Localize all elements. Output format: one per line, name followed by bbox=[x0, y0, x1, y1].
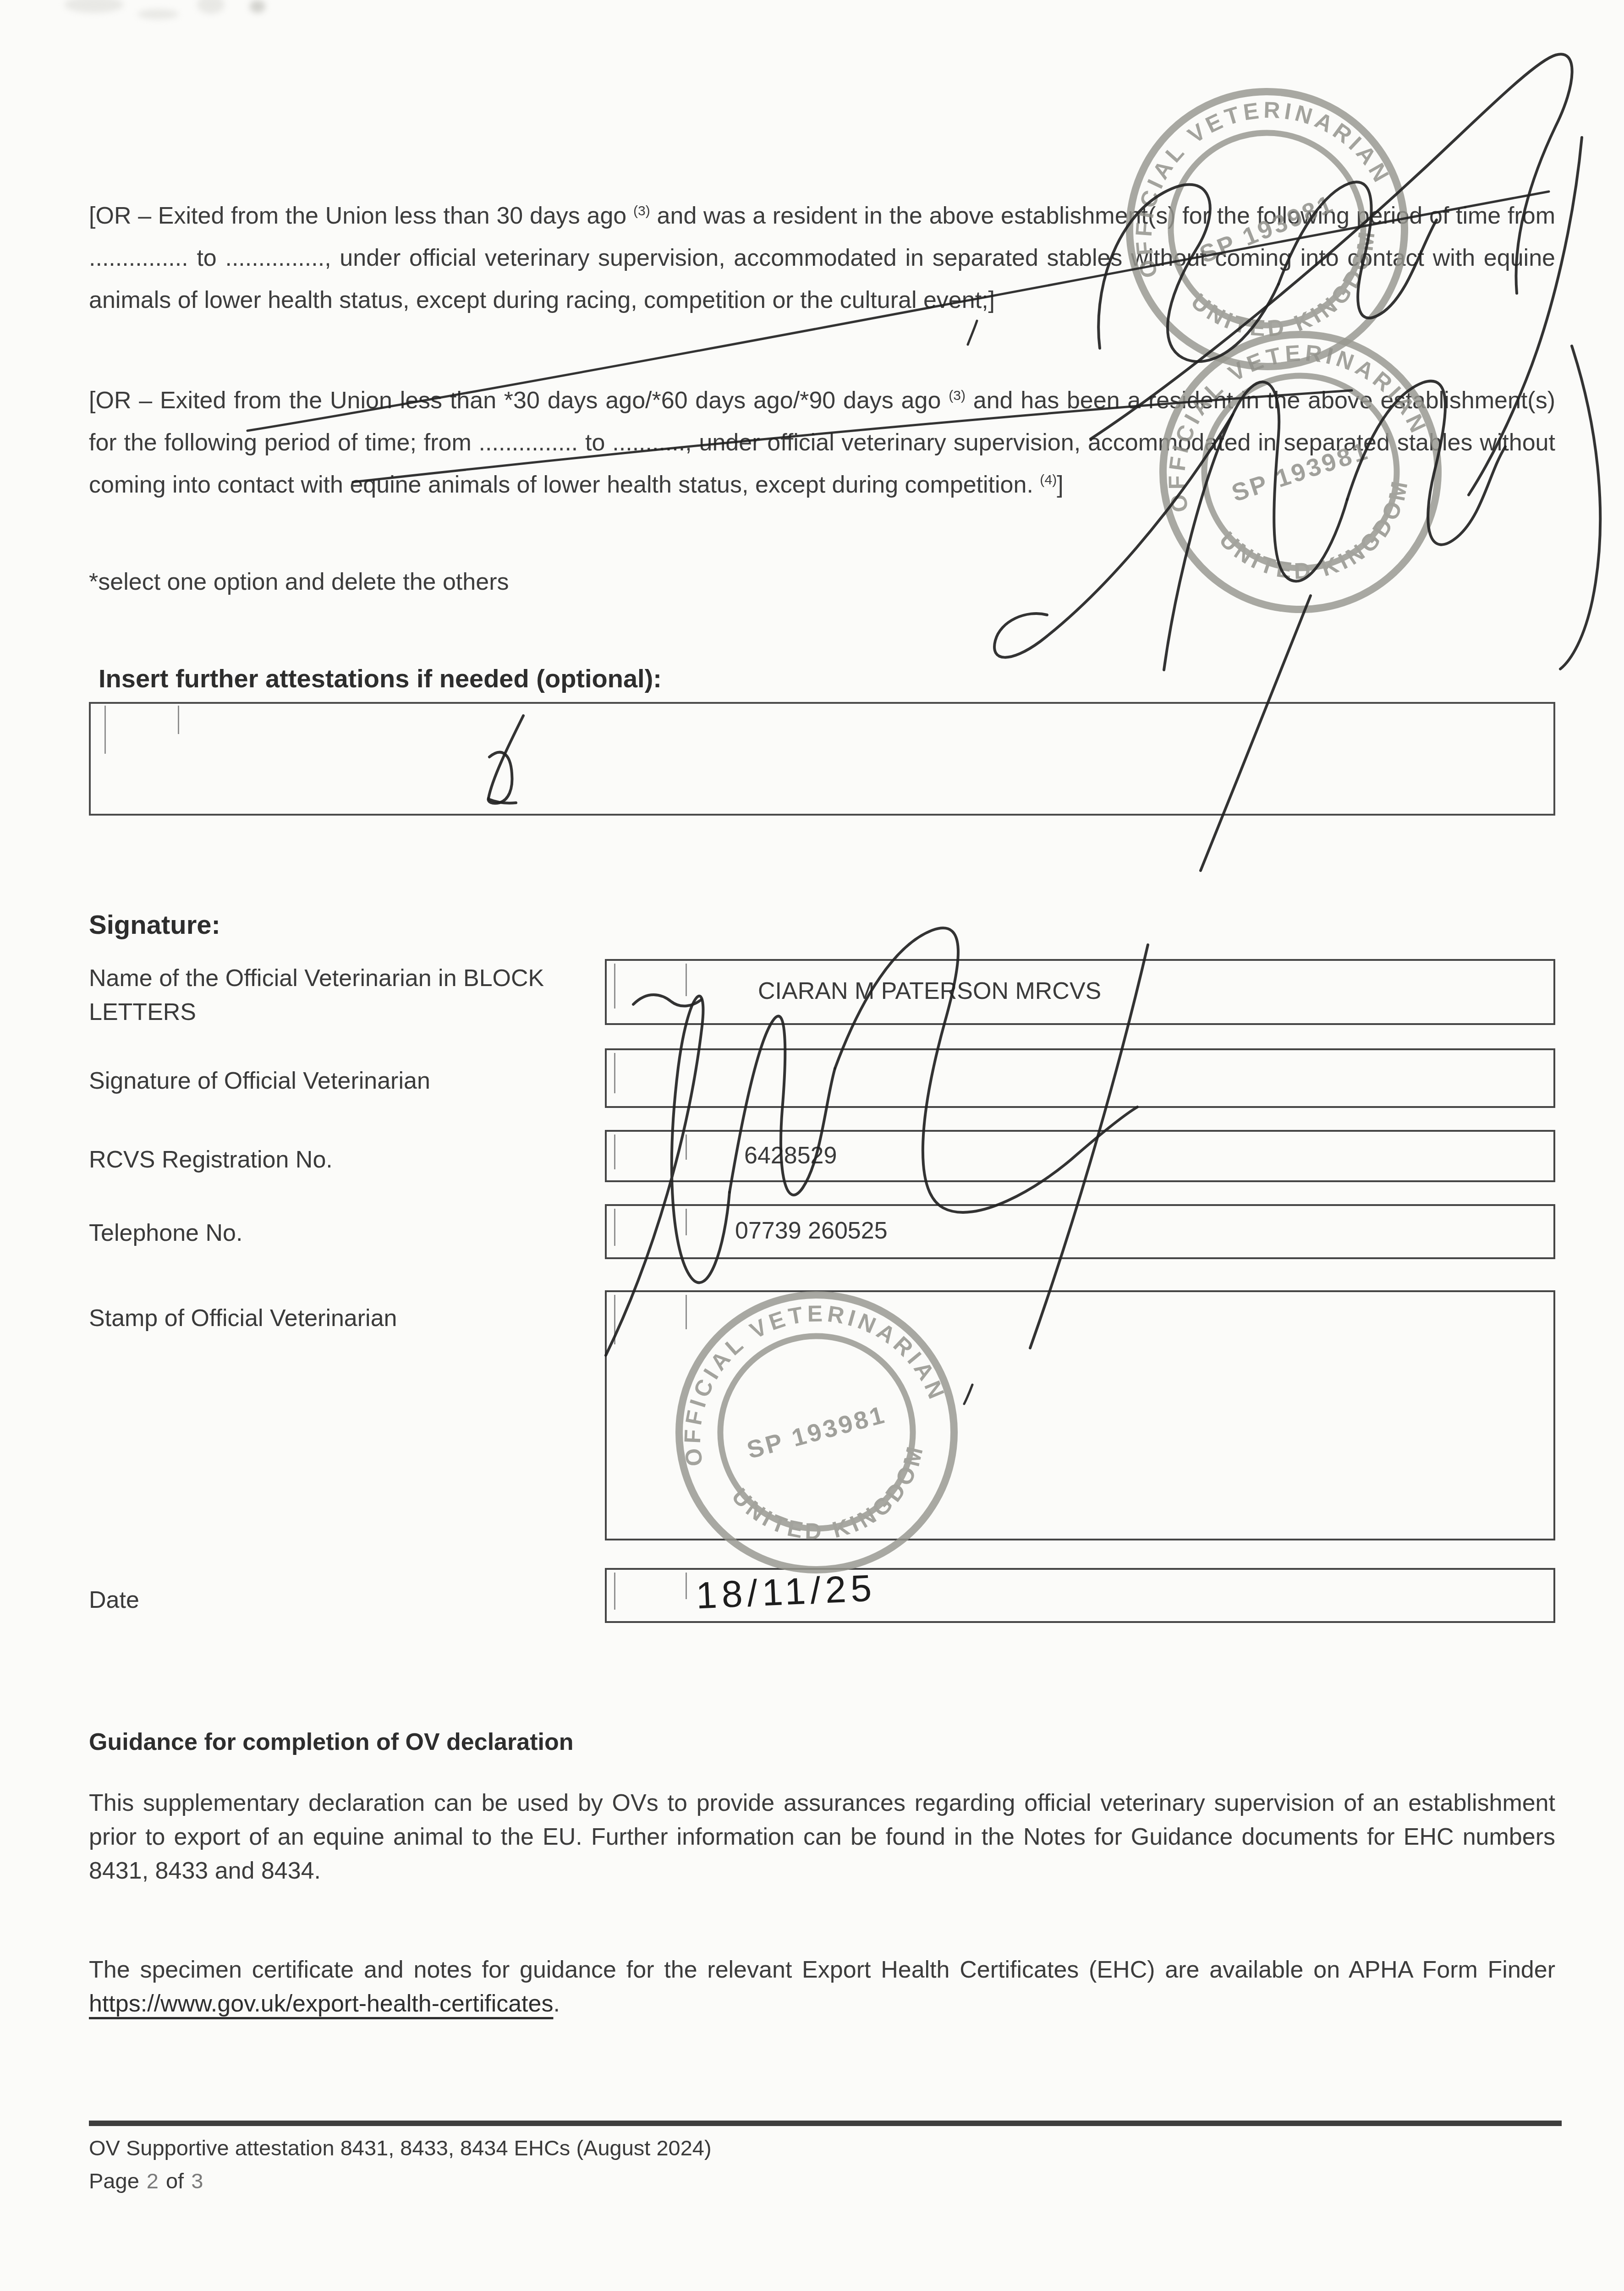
form-field-tick bbox=[178, 706, 179, 734]
name-value: CIARAN M PATERSON MRCVS bbox=[758, 977, 1101, 1005]
option1-text: [OR – Exited from the Union less than 30… bbox=[89, 203, 633, 229]
date-handwritten-value: 18/11/25 bbox=[695, 1567, 877, 1617]
footer-rule bbox=[89, 2121, 1562, 2126]
guidance-paragraph-2-text: The specimen certificate and notes for g… bbox=[89, 1957, 1555, 1983]
page-number: 2 bbox=[147, 2169, 159, 2193]
export-health-certificates-link[interactable]: https://www.gov.uk/export-health-certifi… bbox=[89, 1990, 553, 2017]
attestation-option2-paragraph: [OR – Exited from the Union less than *3… bbox=[89, 379, 1555, 506]
guidance-paragraph-2: The specimen certificate and notes for g… bbox=[89, 1953, 1555, 2021]
footer-page-indicator: Page2of3 bbox=[89, 2168, 210, 2193]
rcvs-number-label: RCVS Registration No. bbox=[89, 1143, 333, 1177]
footnote-ref-3: (3) bbox=[633, 203, 650, 219]
select-option-note: *select one option and delete the others bbox=[89, 568, 509, 596]
scan-smudge bbox=[137, 9, 179, 19]
form-field-tick bbox=[614, 1053, 615, 1093]
form-field-tick bbox=[686, 1135, 687, 1160]
scan-smudge bbox=[197, 0, 225, 14]
date-field-box: 18/11/25 bbox=[605, 1568, 1555, 1623]
guidance-heading: Guidance for completion of OV declaratio… bbox=[89, 1728, 573, 1756]
of-word: of bbox=[166, 2169, 184, 2193]
form-field-tick bbox=[686, 1209, 687, 1235]
signature-section-heading: Signature: bbox=[89, 910, 220, 940]
total-pages: 3 bbox=[191, 2169, 203, 2193]
telephone-label: Telephone No. bbox=[89, 1216, 242, 1250]
signature-field-box bbox=[605, 1048, 1555, 1108]
stray-pen-tick bbox=[968, 321, 977, 345]
form-field-tick bbox=[614, 1135, 615, 1169]
stamp-label: Stamp of Official Veterinarian bbox=[89, 1301, 397, 1335]
footnote-ref-3: (3) bbox=[949, 388, 966, 403]
scan-smudge bbox=[64, 0, 124, 13]
stamp-field-box bbox=[605, 1290, 1555, 1540]
telephone-field-box: 07739 260525 bbox=[605, 1204, 1555, 1259]
signature-label: Signature of Official Veterinarian bbox=[89, 1064, 430, 1098]
form-field-tick bbox=[686, 1295, 687, 1329]
form-field-tick bbox=[614, 1209, 615, 1246]
form-field-tick bbox=[104, 706, 106, 754]
guidance-paragraph-2-suffix: . bbox=[553, 1990, 560, 2017]
form-field-tick bbox=[686, 1573, 687, 1599]
name-field-box: CIARAN M PATERSON MRCVS bbox=[605, 959, 1555, 1025]
footnote-ref-4: (4) bbox=[1040, 472, 1057, 488]
date-label: Date bbox=[89, 1583, 139, 1617]
further-attestations-heading: Insert further attestations if needed (o… bbox=[99, 663, 662, 693]
rcvs-number-field-box: 6428529 bbox=[605, 1130, 1555, 1182]
name-label: Name of the Official Veterinarian in BLO… bbox=[89, 961, 561, 1029]
attestation-option1-paragraph: [OR – Exited from the Union less than 30… bbox=[89, 195, 1555, 321]
option2-text: [OR – Exited from the Union less than *3… bbox=[89, 387, 949, 414]
form-field-tick bbox=[614, 1573, 615, 1610]
form-field-tick bbox=[614, 964, 615, 1008]
footer-doc-reference: OV Supportive attestation 8431, 8433, 84… bbox=[89, 2135, 712, 2160]
scanned-document-page: [OR – Exited from the Union less than 30… bbox=[0, 0, 1624, 2291]
form-field-tick bbox=[686, 964, 687, 996]
further-attestations-box bbox=[89, 702, 1555, 816]
scan-smudge bbox=[250, 0, 265, 13]
rcvs-number-value: 6428529 bbox=[744, 1142, 837, 1169]
guidance-paragraph-1: This supplementary declaration can be us… bbox=[89, 1786, 1555, 1888]
form-field-tick bbox=[614, 1295, 615, 1344]
telephone-value: 07739 260525 bbox=[735, 1217, 888, 1244]
page-word: Page bbox=[89, 2169, 139, 2193]
option2-text-close: ] bbox=[1057, 471, 1063, 498]
